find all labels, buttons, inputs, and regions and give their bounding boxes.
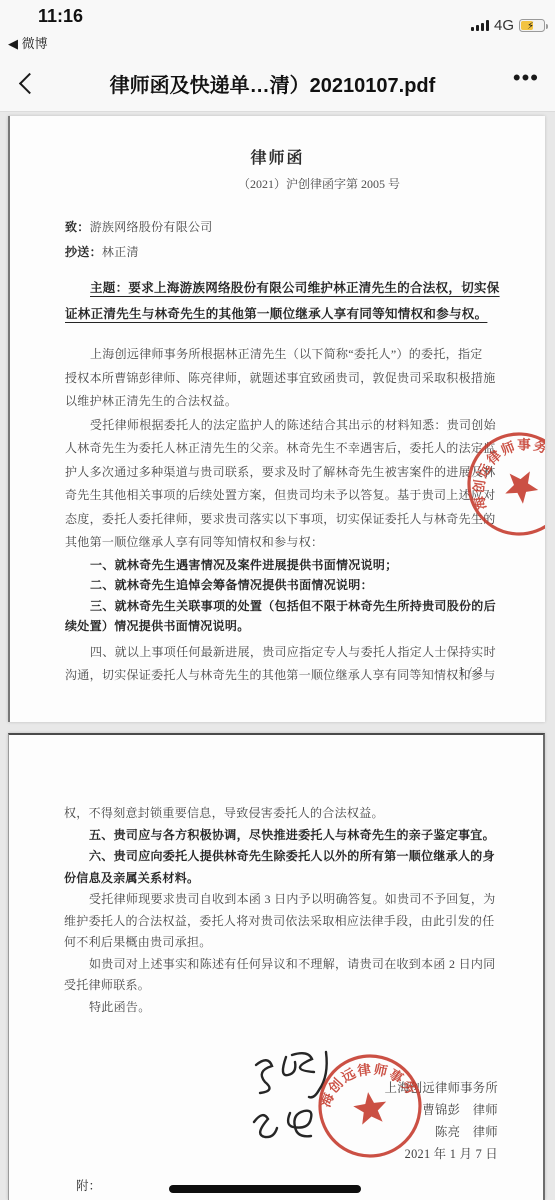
- pdf-page-2[interactable]: 权，不得刻意封锁重要信息，导致侵害委托人的合法权益。 五、贵司应与各方积极协调，…: [8, 733, 545, 1200]
- signal-strength-icon: [471, 20, 489, 31]
- battery-charging-icon: ⚡: [519, 19, 545, 32]
- subject-line: 证林正清先生与林奇先生的其他第一顺位继承人享有同等知情权和参与权。: [65, 302, 517, 328]
- navigation-bar: 律师函及快递单…清）20210107.pdf •••: [0, 55, 555, 112]
- to-label: 致：: [65, 220, 90, 234]
- body-line: 以维护林正清先生的合法权益。: [65, 390, 545, 414]
- body-line: 受托律师联系。: [64, 975, 543, 997]
- pdf-viewer[interactable]: 律师函 （2021）沪创律函字第 2005 号 致：游族网络股份有限公司 抄送：…: [0, 113, 555, 1200]
- letter-title: 律师函: [10, 148, 545, 170]
- body-line: 授权本所曹锦彭律师、陈亮律师，就题述事宜致函贵司，敦促贵司采取积极措施: [65, 367, 545, 391]
- body-line: 权，不得刻意封锁重要信息，导致侵害委托人的合法权益。: [64, 803, 543, 825]
- back-to-app-link[interactable]: ◀ 微博: [8, 33, 48, 52]
- item-line: 三、就林奇先生关联事项的处置（包括但不限于林奇先生所持贵司股份的后: [65, 596, 545, 617]
- document-number: （2021）沪创律函字第 2005 号: [10, 175, 545, 192]
- body-line: 如贵司对上述事实和陈述有任何异议和不理解，请贵司在收到本函 2 日内同: [64, 954, 543, 976]
- subject-block: 主题：要求上海游族网络股份有限公司维护林正清先生的合法权，切实保 证林正清先生与…: [65, 276, 517, 327]
- body-line: 维护委托人的合法权益，委托人将对贵司依法采取相应法律手段，由此引发的任: [64, 911, 543, 933]
- closing-line: 特此函告。: [64, 997, 543, 1019]
- attachment-label: 附：: [76, 1176, 101, 1194]
- page-number: 1 / 2: [458, 665, 483, 677]
- body-line: 上海创远律师事务所根据林正清先生（以下简称“委托人”）的委托，指定: [65, 343, 545, 367]
- item-line: 四、就以上事项任何最新进展，贵司应指定专人与委托人指定人士保持实时: [65, 641, 545, 665]
- item-line: 五、贵司应与各方积极协调，尽快推进委托人与林奇先生的亲子鉴定事宜。: [64, 825, 543, 847]
- subject-line: 主题：要求上海游族网络股份有限公司维护林正清先生的合法权，切实保: [65, 276, 517, 302]
- item-line: 二、就林奇先生追悼会筹备情况提供书面情况说明：: [65, 575, 545, 596]
- body-line: 受托律师根据委托人的法定监护人的陈述结合其出示的材料知悉：贵司创始: [65, 414, 545, 438]
- more-options-button[interactable]: •••: [513, 65, 539, 91]
- cc-label: 抄送：: [65, 245, 102, 259]
- law-firm-seal-icon: 上海创远律师事务所: [307, 1043, 433, 1169]
- item-line: 份信息及亲属关系材料。: [64, 868, 543, 890]
- network-type-label: 4G: [494, 17, 514, 34]
- body-line: 其他第一顺位继承人享有同等知情权和参与权：: [65, 531, 545, 555]
- body-line: 受托律师现要求贵司自收到本函 3 日内予以明确答复。如贵司不予回复，为: [64, 889, 543, 911]
- numbered-items: 一、就林奇先生遇害情况及案件进展提供书面情况说明； 二、就林奇先生追悼会筹备情况…: [65, 555, 545, 637]
- cc-value: 林正清: [102, 245, 139, 259]
- addressee-block: 致：游族网络股份有限公司 抄送：林正清: [65, 215, 545, 265]
- clock: 11:16: [38, 6, 83, 27]
- pdf-filename-title: 律师函及快递单…清）20210107.pdf: [50, 69, 495, 98]
- item-line: 一、就林奇先生遇害情况及案件进展提供书面情况说明；: [65, 555, 545, 576]
- back-button[interactable]: [16, 73, 38, 95]
- letter-body-continued: 权，不得刻意封锁重要信息，导致侵害委托人的合法权益。 五、贵司应与各方积极协调，…: [64, 803, 543, 1018]
- pdf-page-1[interactable]: 律师函 （2021）沪创律函字第 2005 号 致：游族网络股份有限公司 抄送：…: [8, 116, 545, 722]
- redaction-bar: [169, 1185, 361, 1193]
- to-value: 游族网络股份有限公司: [90, 220, 213, 234]
- item-four: 四、就以上事项任何最新进展，贵司应指定专人与委托人指定人士保持实时 沟通，切实保…: [65, 641, 545, 688]
- status-bar: 11:16 ◀ 微博 4G ⚡: [0, 0, 555, 55]
- item-line: 续处置）情况提供书面情况说明。: [65, 616, 545, 637]
- body-line: 何不利后果概由贵司承担。: [64, 932, 543, 954]
- item-line: 六、贵司应向委托人提供林奇先生除委托人以外的所有第一顺位继承人的身: [64, 846, 543, 868]
